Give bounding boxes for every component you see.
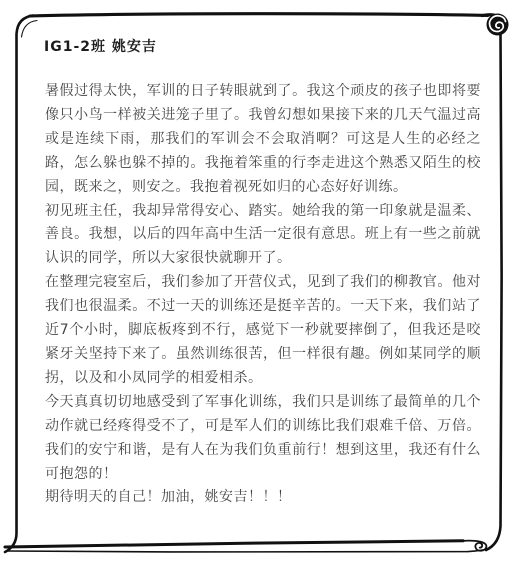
essay-body: 暑假过得太快，军训的日子转眼就到了。我这个顽皮的孩子也即将要像只小鸟一样被关进笼… xyxy=(45,80,481,510)
scroll-page: IG1-2班 姚安吉 暑假过得太快，军训的日子转眼就到了。我这个顽皮的孩子也即将… xyxy=(0,0,527,562)
paragraph: 今天真真切切地感受到了军事化训练，我们只是训练了最简单的几个动作就已经疼得受不了… xyxy=(45,391,481,487)
paragraph: 在整理完寝室后，我们参加了开营仪式，见到了我们的柳教官。他对我们也很温柔。不过一… xyxy=(45,271,481,391)
paragraph: 暑假过得太快，军训的日子转眼就到了。我这个顽皮的孩子也即将要像只小鸟一样被关进笼… xyxy=(45,80,481,200)
scroll-right-edge xyxy=(486,35,502,550)
paragraph: 初见班主任，我却异常得安心、踏实。她给我的第一印象就是温柔、善良。我想，以后的四… xyxy=(45,200,481,272)
page-title: IG1-2班 姚安吉 xyxy=(44,36,157,56)
scroll-curl-bottom-right-icon xyxy=(461,541,486,551)
scroll-left-edge xyxy=(5,16,33,552)
scroll-top-edge xyxy=(30,14,488,16)
paragraph: 期待明天的自己！加油，姚安吉！！！ xyxy=(45,486,481,510)
scroll-bottom-upper-line xyxy=(5,541,463,547)
scroll-bottom-lower-line xyxy=(7,549,489,553)
scroll-top-edge-tail xyxy=(482,15,496,16)
scroll-curl-top-right-icon xyxy=(487,14,509,36)
scroll-inner-corner-line xyxy=(22,21,38,38)
